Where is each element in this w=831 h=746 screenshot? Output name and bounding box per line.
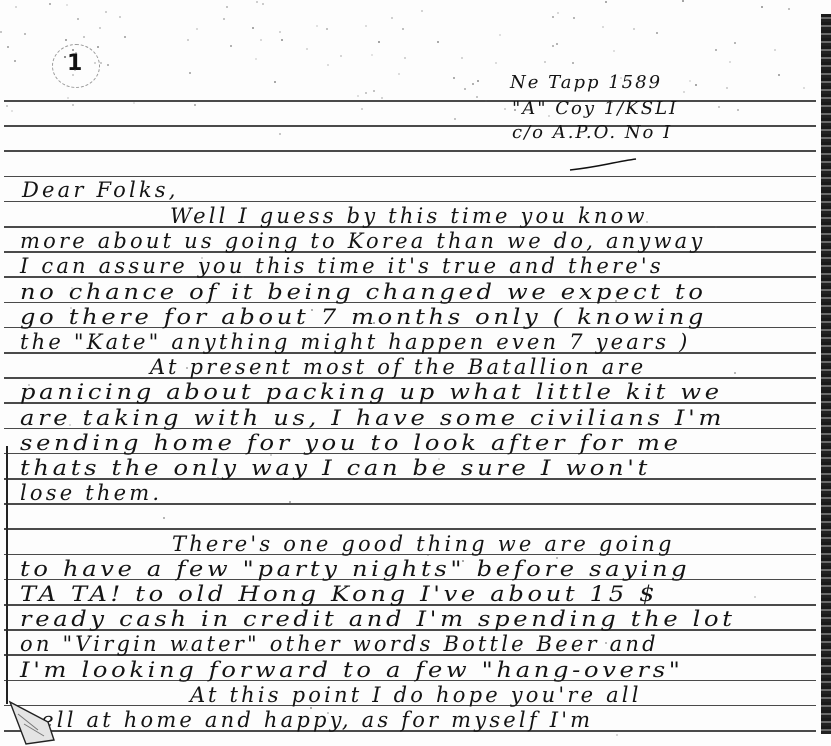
letter-line: ready cash in credit and I'm spending th…	[20, 607, 736, 631]
letter-line: are taking with us, I have some civilian…	[20, 406, 725, 430]
ruled-line	[4, 125, 816, 127]
ruled-line	[4, 528, 816, 530]
scan-speck	[803, 87, 805, 89]
scan-speck	[476, 96, 478, 98]
scan-speck	[616, 734, 618, 736]
scan-speck	[24, 33, 26, 35]
scan-speck	[365, 25, 367, 27]
scan-speck	[194, 104, 196, 106]
scan-speck	[94, 62, 96, 64]
scan-speck	[371, 54, 373, 56]
scan-speck	[15, 6, 17, 8]
scan-speck	[124, 36, 126, 38]
ruled-line	[4, 100, 816, 102]
scan-speck	[316, 25, 318, 27]
scan-speck	[326, 28, 328, 30]
letter-line: Well I guess by this time you know	[170, 204, 648, 228]
scan-speck	[77, 18, 79, 20]
scan-speck	[97, 46, 99, 48]
scan-speck	[602, 26, 604, 28]
scan-speck	[83, 36, 85, 38]
scan-speck	[774, 49, 776, 51]
scan-speck	[65, 39, 67, 41]
scan-speck	[100, 62, 102, 64]
scan-speck	[226, 6, 228, 8]
letter-line: thats the only way I can be sure I won't	[20, 456, 651, 480]
scan-speck	[726, 87, 728, 89]
torn-corner	[8, 700, 58, 746]
letter-line: go there for about 7 months only ( knowi…	[20, 305, 707, 329]
scan-speck	[391, 17, 393, 19]
binding-edge	[821, 14, 831, 734]
scan-speck	[656, 32, 658, 34]
scan-speck	[11, 110, 13, 112]
letter-line: There's one good thing we are going	[172, 532, 675, 556]
scan-speck	[119, 16, 121, 18]
scan-speck	[163, 517, 165, 519]
scan-speck	[279, 31, 281, 33]
scan-speck	[64, 56, 66, 58]
scan-speck	[306, 48, 308, 50]
scan-speck	[223, 18, 225, 20]
scan-speck	[381, 97, 383, 99]
letter-line: more about us going to Korea than we do,…	[20, 229, 705, 253]
scan-speck	[754, 596, 756, 598]
scan-speck	[274, 81, 276, 83]
scan-speck	[605, 1, 607, 3]
salutation: Dear Folks,	[22, 178, 179, 202]
scan-speck	[778, 74, 780, 76]
letter-line: lose them.	[20, 481, 162, 505]
scan-speck	[404, 57, 406, 59]
address-line-2: "A" Coy 1/KSLI	[512, 98, 678, 119]
scan-speck	[552, 45, 554, 47]
letter-line: panicing about packing up what little ki…	[20, 380, 723, 404]
scan-speck	[187, 39, 189, 41]
scan-speck	[378, 41, 380, 43]
scan-speck	[453, 77, 455, 79]
letter-page: 1 Ne Tapp 1589 "A" Coy 1/KSLI c/o A.P.O.…	[0, 0, 831, 746]
scan-speck	[14, 60, 16, 62]
scan-speck	[252, 27, 254, 29]
letter-line: well at home and happy, as for myself I'…	[20, 708, 593, 732]
flourish-mark	[568, 158, 638, 172]
scan-speck	[72, 104, 74, 106]
scan-speck	[357, 95, 359, 97]
scan-speck	[633, 28, 635, 30]
scan-speck	[281, 39, 283, 41]
scan-speck	[556, 43, 558, 45]
scan-speck	[682, 0, 684, 2]
scan-speck	[66, 4, 68, 6]
scan-speck	[715, 226, 717, 228]
letter-line: TA TA! to old Hong Kong I've about 15 $	[20, 582, 658, 606]
scan-speck	[196, 28, 198, 30]
scan-speck	[67, 97, 69, 99]
scan-speck	[572, 62, 574, 64]
scan-speck	[260, 39, 262, 41]
scan-speck	[49, 3, 51, 5]
scan-speck	[340, 55, 342, 57]
scan-speck	[105, 11, 107, 13]
scan-speck	[729, 61, 731, 63]
scan-speck	[255, 58, 257, 60]
scan-speck	[230, 45, 232, 47]
scan-speck	[99, 27, 101, 29]
ruled-line	[4, 150, 816, 152]
scan-speck	[361, 108, 363, 110]
letter-line: to have a few "party nights" before sayi…	[20, 557, 690, 581]
scan-speck	[557, 12, 559, 14]
scan-speck	[0, 31, 2, 33]
scan-speck	[499, 34, 501, 36]
scan-speck	[504, 108, 506, 110]
scan-speck	[7, 46, 9, 48]
scan-speck	[715, 49, 717, 51]
scan-speck	[454, 118, 456, 120]
scan-speck	[734, 372, 736, 374]
page-number: 1	[67, 51, 82, 76]
scan-speck	[421, 10, 423, 12]
scan-speck	[718, 106, 720, 108]
scan-speck	[256, 1, 258, 3]
scan-speck	[472, 83, 474, 85]
scan-speck	[683, 91, 685, 93]
scan-speck	[613, 50, 615, 52]
scan-speck	[477, 80, 479, 82]
scan-speck	[437, 41, 439, 43]
scan-speck	[573, 17, 575, 19]
scan-speck	[365, 92, 367, 94]
address-line-3: c/o A.P.O. No I	[512, 122, 672, 143]
ruled-line	[4, 176, 816, 178]
scan-speck	[279, 133, 281, 135]
page-number-circle: 1	[52, 44, 100, 88]
scan-speck	[6, 105, 8, 107]
scan-speck	[761, 6, 763, 8]
scan-speck	[107, 64, 109, 66]
letter-line: sending home for you to look after for m…	[20, 431, 682, 455]
scan-speck	[133, 102, 135, 104]
scan-speck	[552, 16, 554, 18]
scan-speck	[373, 90, 375, 92]
scan-speck	[495, 62, 497, 64]
letter-line: At this point I do hope you're all	[190, 683, 642, 707]
scan-speck	[689, 80, 691, 82]
scan-speck	[402, 28, 404, 30]
scan-speck	[737, 109, 739, 111]
scan-speck	[695, 84, 697, 86]
letter-line: I can assure you this time it's true and…	[20, 254, 664, 278]
scan-speck	[464, 88, 466, 90]
letter-line: the "Kate" anything might happen even 7 …	[20, 330, 691, 354]
letter-line: At present most of the Batallion are	[150, 355, 646, 379]
address-line-1: Ne Tapp 1589	[510, 72, 662, 93]
scan-speck	[788, 8, 790, 10]
scan-speck	[327, 64, 329, 66]
scan-speck	[189, 72, 191, 74]
scan-speck	[262, 3, 264, 5]
scan-speck	[398, 73, 400, 75]
scan-speck	[734, 42, 736, 44]
letter-line: on "Virgin water" other words Bottle Bee…	[20, 632, 659, 656]
margin-line	[6, 446, 8, 704]
scan-speck	[544, 61, 546, 63]
scan-speck	[461, 57, 463, 59]
scan-speck	[72, 74, 74, 76]
letter-line: no chance of it being changed we expect …	[20, 280, 707, 304]
letter-line: I'm looking forward to a few "hang-overs…	[20, 658, 684, 682]
